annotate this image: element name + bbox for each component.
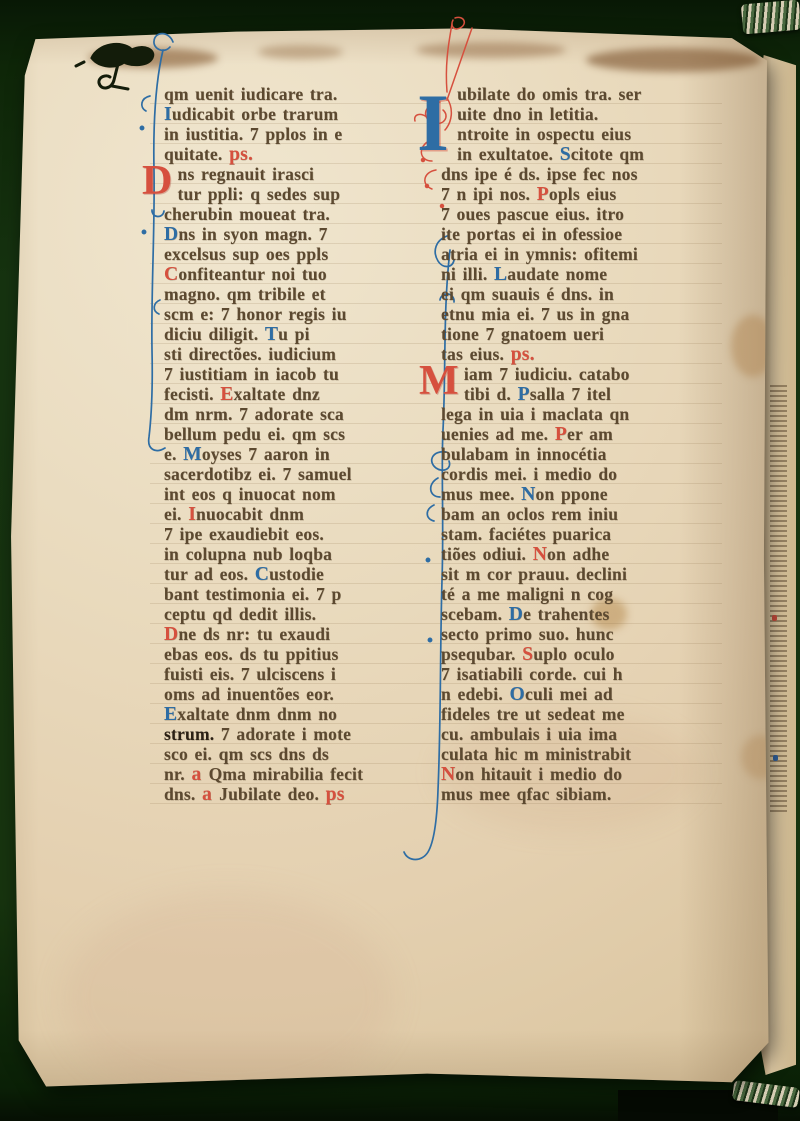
text-segment: 7 isatiabili corde. cui h — [441, 664, 623, 684]
text-line: cordis mei. i medio do — [441, 464, 719, 484]
text-line: té a me maligni n cog — [441, 584, 719, 604]
text-line: Exaltate dnm dnm no — [164, 704, 442, 724]
text-line: ni illi. Laudate nome — [441, 264, 719, 284]
text-segment: Qma mirabilia fecit — [209, 764, 364, 784]
text-segment: ps. — [511, 344, 535, 365]
text-line: scebam. De trahentes — [441, 604, 719, 624]
text-line: cherubin moueat tra. — [164, 204, 442, 224]
text-segment: uite dno in letitia. — [457, 104, 598, 124]
text-segment: O — [510, 684, 525, 705]
right-column: Iubilate do omis tra. seruite dno in let… — [441, 84, 719, 804]
text-segment: ps. — [229, 144, 253, 165]
text-segment: 7 oues pascue eius. itro — [441, 204, 624, 224]
text-segment: P — [555, 424, 567, 445]
drop-cap-initial: I — [417, 84, 449, 161]
stain — [416, 42, 566, 58]
text-segment: dns ipe é ds. ipse fec nos — [441, 164, 638, 184]
text-line: Iudicabit orbe trarum — [164, 104, 442, 124]
text-segment: e trahentes — [523, 604, 609, 624]
text-segment: Jubilate deo. — [219, 784, 325, 804]
text-segment: 7 iustitiam in iacob tu — [164, 364, 339, 384]
text-segment: on hitauit i medio do — [455, 764, 622, 784]
text-line: nr. a Qma mirabilia fecit — [164, 764, 442, 784]
text-line: ebas eos. ds tu ppitius — [164, 644, 442, 664]
text-segment: 7 n ipi nos. — [441, 184, 537, 204]
text-segment: excelsus sup oes ppls — [164, 244, 328, 264]
text-line: qm uenit iudicare tra. — [164, 84, 442, 104]
stain — [63, 892, 393, 1102]
text-line: sti directões. iudicium — [164, 344, 442, 364]
text-segment: fecisti. — [164, 384, 220, 404]
text-line: tas eius. ps. — [441, 344, 719, 364]
text-segment: N — [441, 764, 455, 785]
text-segment: mus mee qfac sibiam. — [441, 784, 611, 804]
text-line: Dns in syon magn. 7 — [164, 224, 442, 244]
text-segment: tione 7 gnatoem ueri — [441, 324, 604, 344]
text-line: 7 n ipi nos. Popls eius — [441, 184, 719, 204]
text-segment: bam an oclos rem iniu — [441, 504, 618, 524]
text-line: n edebi. Oculi mei ad — [441, 684, 719, 704]
text-segment: C — [164, 264, 178, 285]
text-segment: a — [202, 784, 219, 805]
text-line: lega in uia i maclata qn — [441, 404, 719, 424]
text-segment: etnu mia ei. 7 us in gna — [441, 304, 629, 324]
text-line: magno. qm tribile et — [164, 284, 442, 304]
text-segment: E — [164, 704, 177, 725]
text-segment: ceptu qd dedit illis. — [164, 604, 316, 624]
text-segment: ite portas ei in ofessioe — [441, 224, 622, 244]
text-segment: atria ei in ymnis: ofitemi — [441, 244, 638, 264]
text-segment: bellum pedu ei. qm scs — [164, 424, 345, 444]
text-segment: strum. — [164, 724, 214, 744]
text-segment: P — [537, 184, 549, 205]
text-segment: sit m cor prauu. declini — [441, 564, 627, 584]
manuscript-photo: qm uenit iudicare tra.Iudicabit orbe tra… — [0, 0, 800, 1121]
text-segment: xaltate dnz — [234, 384, 320, 404]
text-segment: nuocabit dnm — [196, 504, 304, 524]
text-segment: té a me maligni n cog — [441, 584, 613, 604]
text-segment: cordis mei. i medio do — [441, 464, 617, 484]
text-line: in iustitia. 7 pplos in e — [164, 124, 442, 144]
text-line: scm e: 7 honor regis iu — [164, 304, 442, 324]
text-segment: D — [164, 224, 178, 245]
stain — [741, 735, 781, 779]
text-line: dns. a Jubilate deo. ps — [164, 784, 442, 804]
stain — [731, 315, 775, 377]
drop-cap-initial: M — [419, 363, 459, 400]
text-segment: xaltate dnm dnm no — [177, 704, 337, 724]
text-segment: magno. qm tribile et — [164, 284, 326, 304]
text-line: Dns regnauit irasci — [164, 164, 442, 184]
text-segment: in exultatoe. — [457, 144, 560, 164]
text-segment: T — [265, 324, 278, 345]
text-segment: S — [560, 144, 571, 165]
text-segment: iam 7 iudiciu. catabo — [464, 364, 630, 384]
text-line: tibi d. Psalla 7 itel — [441, 384, 719, 404]
text-line: mus mee. Non ppone — [441, 484, 719, 504]
text-segment: dm nrm. 7 adorate sca — [164, 404, 344, 424]
text-line: bant testimonia ei. 7 p — [164, 584, 442, 604]
text-segment: sacerdotibz ei. 7 samuel — [164, 464, 352, 484]
text-segment: tas eius. — [441, 344, 511, 364]
text-segment: bulabam in innocétia — [441, 444, 607, 464]
text-segment: cu. ambulais i uia ima — [441, 724, 617, 744]
text-segment: dns. — [164, 784, 202, 804]
text-segment: ni illi. — [441, 264, 494, 284]
text-line: oms ad inuentões eor. — [164, 684, 442, 704]
text-segment: I — [164, 104, 172, 125]
text-segment: sti directões. iudicium — [164, 344, 336, 364]
text-line: quitate. ps. — [164, 144, 442, 164]
text-line: 7 oues pascue eius. itro — [441, 204, 719, 224]
text-segment: e. — [164, 444, 183, 464]
text-line: stam. faciétes puarica — [441, 524, 719, 544]
text-line: psequbar. Suplo oculo — [441, 644, 719, 664]
text-segment: N — [533, 544, 547, 565]
text-line: 7 iustitiam in iacob tu — [164, 364, 442, 384]
text-segment: citote qm — [571, 144, 644, 164]
text-segment: S — [522, 644, 533, 665]
text-line: 7 ipe exaudiebit eos. — [164, 524, 442, 544]
text-segment: nr. — [164, 764, 191, 784]
stain — [88, 48, 218, 68]
text-segment: in colupna nub loqba — [164, 544, 332, 564]
text-segment: tur ppli: q sedes sup — [178, 184, 341, 204]
text-line: Dne ds nr: tu exaudi — [164, 624, 442, 644]
text-segment: oyses 7 aaron in — [202, 444, 330, 464]
text-line: etnu mia ei. 7 us in gna — [441, 304, 719, 324]
text-segment: D — [164, 624, 178, 645]
drop-cap-initial: D — [142, 163, 173, 200]
text-line: secto primo suo. hunc — [441, 624, 719, 644]
text-line: mus mee qfac sibiam. — [441, 784, 719, 804]
text-line: bam an oclos rem iniu — [441, 504, 719, 524]
text-segment: culi mei ad — [525, 684, 613, 704]
text-line: in colupna nub loqba — [164, 544, 442, 564]
text-segment: secto primo suo. hunc — [441, 624, 614, 644]
text-segment: in iustitia. 7 pplos in e — [164, 124, 342, 144]
text-line: cu. ambulais i uia ima — [441, 724, 719, 744]
text-segment: ebas eos. ds tu ppitius — [164, 644, 339, 664]
text-segment: oms ad inuentões eor. — [164, 684, 334, 704]
text-line: fecisti. Exaltate dnz — [164, 384, 442, 404]
text-line: tur ppli: q sedes sup — [164, 184, 442, 204]
text-line: Confiteantur noi tuo — [164, 264, 442, 284]
text-line: dns ipe é ds. ipse fec nos — [441, 164, 719, 184]
text-segment: ps — [326, 784, 345, 805]
text-segment: u pi — [278, 324, 310, 344]
text-segment: E — [220, 384, 233, 405]
text-segment: audate nome — [507, 264, 607, 284]
text-line: ntroite in ospectu eius — [441, 124, 719, 144]
text-segment: ne ds nr: tu exaudi — [178, 624, 330, 644]
stain — [586, 48, 761, 72]
text-segment: cherubin moueat tra. — [164, 204, 330, 224]
text-segment: C — [255, 564, 269, 585]
text-segment: scm e: 7 honor regis iu — [164, 304, 347, 324]
text-segment: psequbar. — [441, 644, 522, 664]
text-line: bulabam in innocétia — [441, 444, 719, 464]
text-line: tione 7 gnatoem ueri — [441, 324, 719, 344]
text-segment: tiões odiui. — [441, 544, 533, 564]
text-segment: N — [521, 484, 535, 505]
text-segment: qm uenit iudicare tra. — [164, 84, 337, 104]
text-segment: diciu diligit. — [164, 324, 265, 344]
text-segment: P — [518, 384, 530, 405]
left-column: qm uenit iudicare tra.Iudicabit orbe tra… — [164, 84, 442, 804]
text-line: Iubilate do omis tra. ser — [441, 84, 719, 104]
text-line: diciu diligit. Tu pi — [164, 324, 442, 344]
text-segment: uplo oculo — [533, 644, 614, 664]
text-line: culata hic m ministrabit — [441, 744, 719, 764]
text-segment: fuisti eis. 7 ulciscens i — [164, 664, 336, 684]
text-segment: ntroite in ospectu eius — [457, 124, 631, 144]
text-segment: int eos q inuocat nom — [164, 484, 336, 504]
text-segment: on ppone — [536, 484, 608, 504]
text-segment: bant testimonia ei. 7 p — [164, 584, 341, 604]
text-segment: D — [509, 604, 523, 625]
text-line: ceptu qd dedit illis. — [164, 604, 442, 624]
text-line: strum. 7 adorate i mote — [164, 724, 442, 744]
text-segment: ubilate do omis tra. ser — [457, 84, 641, 104]
text-segment: L — [494, 264, 507, 285]
text-line: fuisti eis. 7 ulciscens i — [164, 664, 442, 684]
text-line: fideles tre ut sedeat me — [441, 704, 719, 724]
text-line: sacerdotibz ei. 7 samuel — [164, 464, 442, 484]
text-segment: n edebi. — [441, 684, 510, 704]
text-line: Non hitauit i medio do — [441, 764, 719, 784]
text-segment: er am — [567, 424, 613, 444]
text-line: Miam 7 iudiciu. catabo — [441, 364, 719, 384]
text-line: in exultatoe. Scitote qm — [441, 144, 719, 164]
text-segment: ei. — [164, 504, 188, 524]
text-line: dm nrm. 7 adorate sca — [164, 404, 442, 424]
text-segment: fideles tre ut sedeat me — [441, 704, 625, 724]
text-segment: ns in syon magn. 7 — [178, 224, 327, 244]
text-segment: 7 ipe exaudiebit eos. — [164, 524, 324, 544]
text-segment: ustodie — [269, 564, 324, 584]
text-line: e. Moyses 7 aaron in — [164, 444, 442, 464]
text-segment: I — [188, 504, 196, 525]
text-line: sit m cor prauu. declini — [441, 564, 719, 584]
text-line: sco ei. qm scs dns ds — [164, 744, 442, 764]
text-segment: M — [183, 444, 202, 465]
text-segment: ns regnauit irasci — [178, 164, 315, 184]
text-line: bellum pedu ei. qm scs — [164, 424, 442, 444]
text-segment: lega in uia i maclata qn — [441, 404, 629, 424]
text-line: uenies ad me. Per am — [441, 424, 719, 444]
text-line: tiões odiui. Non adhe — [441, 544, 719, 564]
text-line: ei qm suauis é dns. in — [441, 284, 719, 304]
text-segment: stam. faciétes puarica — [441, 524, 611, 544]
text-line: atria ei in ymnis: ofitemi — [441, 244, 719, 264]
text-segment: salla 7 itel — [530, 384, 611, 404]
text-line: 7 isatiabili corde. cui h — [441, 664, 719, 684]
text-segment: ei qm suauis é dns. in — [441, 284, 614, 304]
text-segment: on adhe — [547, 544, 609, 564]
text-line: ei. Inuocabit dnm — [164, 504, 442, 524]
text-line: tur ad eos. Custodie — [164, 564, 442, 584]
text-line: ite portas ei in ofessioe — [441, 224, 719, 244]
text-segment: onfiteantur noi tuo — [178, 264, 326, 284]
text-line: int eos q inuocat nom — [164, 484, 442, 504]
text-segment: mus mee. — [441, 484, 521, 504]
text-segment: culata hic m ministrabit — [441, 744, 631, 764]
text-line: excelsus sup oes ppls — [164, 244, 442, 264]
text-segment: scebam. — [441, 604, 509, 624]
text-segment: udicabit orbe trarum — [172, 104, 338, 124]
stain — [258, 45, 343, 59]
text-segment: quitate. — [164, 144, 229, 164]
text-segment: opls eius — [549, 184, 617, 204]
text-segment: 7 adorate i mote — [214, 724, 351, 744]
text-segment: tur ad eos. — [164, 564, 255, 584]
text-segment: tibi d. — [464, 384, 518, 404]
text-line: uite dno in letitia. — [441, 104, 719, 124]
text-segment: a — [191, 764, 208, 785]
text-segment: sco ei. qm scs dns ds — [164, 744, 329, 764]
text-segment: uenies ad me. — [441, 424, 555, 444]
